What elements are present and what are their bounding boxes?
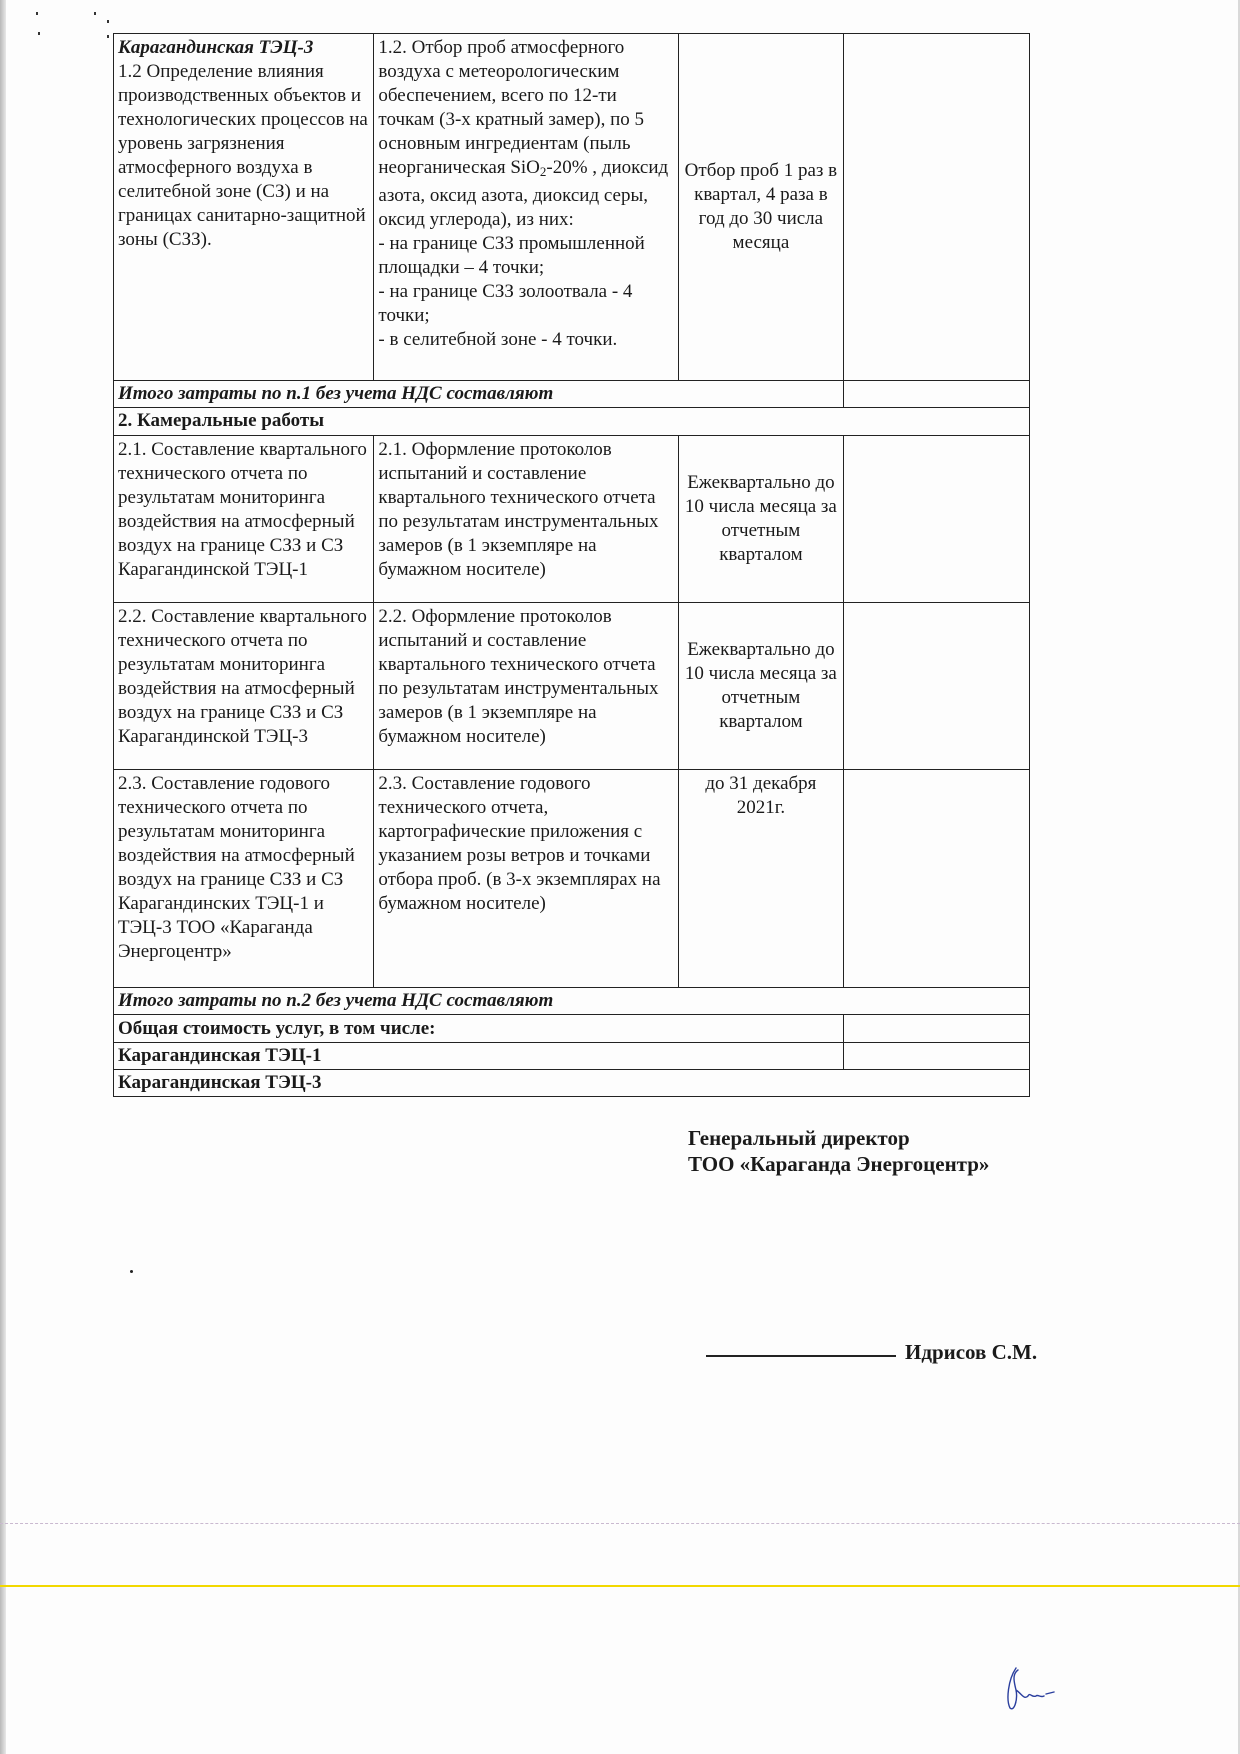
cost-cell: [844, 436, 1030, 603]
work-point: - в селитебной зоне - 4 точки.: [378, 328, 673, 352]
signer-name: Идрисов С.М.: [905, 1340, 1037, 1365]
task-cell: 2.2. Составление квартального техническо…: [114, 603, 374, 770]
signer-organization: ТОО «Караганда Энергоцентр»: [688, 1151, 989, 1177]
stray-dot: [130, 1270, 133, 1273]
total-label: Карагандинская ТЭЦ-3: [114, 1070, 1030, 1097]
table-row-2-2: 2.2. Составление квартального техническо…: [114, 603, 1030, 770]
section-2-header: 2. Камеральные работы: [114, 408, 1030, 436]
handwritten-initials-icon: [1002, 1660, 1062, 1720]
scan-speck: [36, 12, 38, 15]
scan-speck: [38, 32, 40, 35]
footer-dashed-rule: [0, 1523, 1240, 1524]
work-cell: 2.2. Оформление протоколов испытаний и с…: [374, 603, 678, 770]
cost-cell: [844, 603, 1030, 770]
subtotal-2-label: Итого затраты по п.2 без учета НДС соста…: [114, 988, 1030, 1015]
total-label: Общая стоимость услуг, в том числе:: [114, 1015, 844, 1043]
total-row: Общая стоимость услуг, в том числе:: [114, 1015, 1030, 1043]
work-cell: 1.2. Отбор проб атмосферного воздуха с м…: [374, 34, 678, 381]
work-cell: 2.3. Составление годового технического о…: [374, 770, 678, 988]
scan-speck: [107, 35, 109, 38]
total-value: [844, 1043, 1030, 1070]
scan-speck: [94, 12, 96, 15]
work-cell: 2.1. Оформление протоколов испытаний и с…: [374, 436, 678, 603]
subtotal-row-2: Итого затраты по п.2 без учета НДС соста…: [114, 988, 1030, 1015]
section-2-header-row: 2. Камеральные работы: [114, 408, 1030, 436]
subtotal-1-label: Итого затраты по п.1 без учета НДС соста…: [114, 381, 844, 408]
schedule-cell: Ежеквартально до 10 числа месяца за отче…: [678, 436, 843, 603]
object-cell: Карагандинская ТЭЦ-3 1.2 Определение вли…: [114, 34, 374, 381]
table-row-1-2: Карагандинская ТЭЦ-3 1.2 Определение вли…: [114, 34, 1030, 381]
work-point: - на границе СЗЗ промышленной площадки –…: [378, 232, 673, 280]
signature-block: Генеральный директор ТОО «Караганда Энер…: [688, 1125, 989, 1177]
signature-line: [706, 1355, 896, 1357]
scan-speck: [107, 20, 109, 23]
signer-position: Генеральный директор: [688, 1125, 989, 1151]
schedule-cell: Ежеквартально до 10 числа месяца за отче…: [678, 603, 843, 770]
cost-cell: [844, 770, 1030, 988]
schedule-cell: до 31 декабря 2021г.: [678, 770, 843, 988]
object-description: 1.2 Определение влияния производственных…: [118, 60, 369, 252]
task-cell: 2.3. Составление годового технического о…: [114, 770, 374, 988]
table-row-2-3: 2.3. Составление годового технического о…: [114, 770, 1030, 988]
table-row-2-1: 2.1. Составление квартального техническо…: [114, 436, 1030, 603]
scan-edge: [0, 0, 6, 1754]
cost-cell: [844, 34, 1030, 381]
work-description: 1.2. Отбор проб атмосферного воздуха с м…: [378, 36, 673, 232]
subtotal-1-value: [844, 381, 1030, 408]
work-point: - на границе СЗЗ золоотвала - 4 точки;: [378, 280, 673, 328]
total-value: [844, 1015, 1030, 1043]
task-cell: 2.1. Составление квартального техническо…: [114, 436, 374, 603]
services-table: Карагандинская ТЭЦ-3 1.2 Определение вли…: [113, 33, 1030, 1097]
total-row: Карагандинская ТЭЦ-1: [114, 1043, 1030, 1070]
object-title: Карагандинская ТЭЦ-3: [118, 36, 369, 60]
total-row: Карагандинская ТЭЦ-3: [114, 1070, 1030, 1097]
subtotal-row-1: Итого затраты по п.1 без учета НДС соста…: [114, 381, 1030, 408]
total-label: Карагандинская ТЭЦ-1: [114, 1043, 844, 1070]
schedule-cell: Отбор проб 1 раз в квартал, 4 раза в год…: [678, 34, 843, 381]
footer-yellow-rule: [0, 1585, 1240, 1587]
